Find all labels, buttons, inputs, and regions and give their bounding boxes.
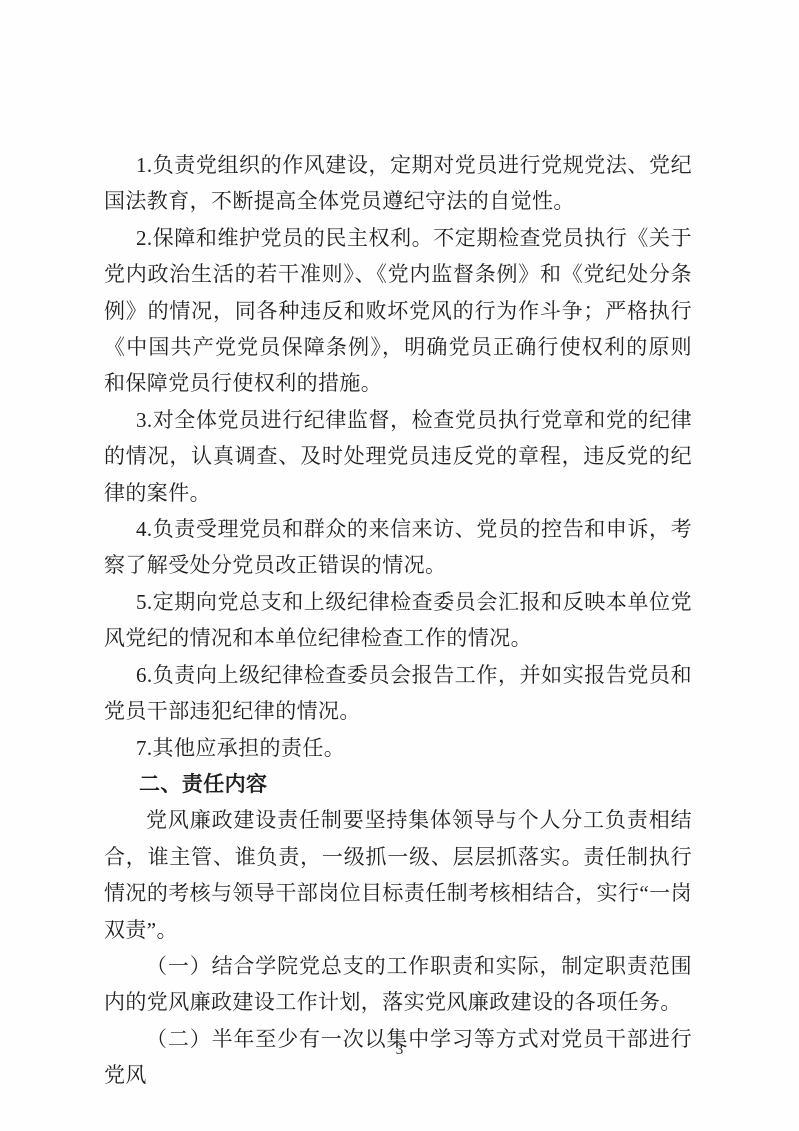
document-page: 1.负责党组织的作风建设，定期对党员进行党规党法、党纪国法教育，不断提高全体党员… bbox=[0, 0, 799, 1131]
paragraph-duty-4: 4.负责受理党员和群众的来信来访、党员的控告和申诉，考察了解受处分党员改正错误的… bbox=[104, 511, 692, 584]
document-body-text: 1.负责党组织的作风建设，定期对党员进行党规党法、党纪国法教育，不断提高全体党员… bbox=[104, 147, 692, 1094]
section-heading-responsibility-content: 二、责任内容 bbox=[104, 766, 692, 802]
paragraph-duty-7: 7.其他应承担的责任。 bbox=[104, 730, 692, 766]
paragraph-duty-3: 3.对全体党员进行纪律监督，检查党员执行党章和党的纪律的情况，认真调查、及时处理… bbox=[104, 402, 692, 511]
paragraph-duty-5: 5.定期向党总支和上级纪律检查委员会汇报和反映本单位党风党纪的情况和本单位纪律检… bbox=[104, 584, 692, 657]
paragraph-item-1: （一）结合学院党总支的工作职责和实际，制定职责范围内的党风廉政建设工作计划，落实… bbox=[104, 948, 692, 1021]
paragraph-duty-1: 1.负责党组织的作风建设，定期对党员进行党规党法、党纪国法教育，不断提高全体党员… bbox=[104, 147, 692, 220]
paragraph-responsibility-intro: 党风廉政建设责任制要坚持集体领导与个人分工负责相结合，谁主管、谁负责，一级抓一级… bbox=[104, 802, 692, 948]
paragraph-duty-6: 6.负责向上级纪律检查委员会报告工作，并如实报告党员和党员干部违犯纪律的情况。 bbox=[104, 657, 692, 730]
page-number: 3 bbox=[0, 1042, 799, 1059]
paragraph-duty-2: 2.保障和维护党员的民主权利。不定期检查党员执行《关于党内政治生活的若干准则》、… bbox=[104, 220, 692, 402]
